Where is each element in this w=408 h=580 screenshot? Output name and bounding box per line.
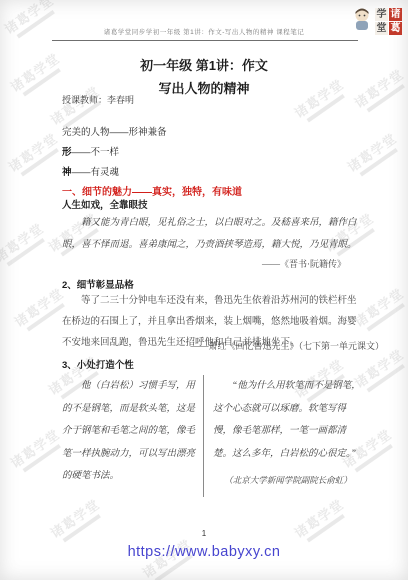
column-left: 他（白岩松）习惯手写，用的不是钢笔，而是软头笔，这是介于钢笔和毛笔之间的笔，像毛… (62, 375, 203, 497)
watermark: 诸葛学堂 (46, 494, 106, 546)
column-right-source: （北京大学新闻学院副院长俞虹） (213, 469, 363, 492)
quote-ruanji-source: ——《晋书·阮籍传》 (62, 257, 346, 270)
watermark: 诸葛学堂 (6, 424, 66, 476)
document-page: 诸葛学堂 诸葛学堂 诸葛学堂 诸葛学堂 诸葛学堂 诸葛学堂 诸葛学堂 诸葛学堂 … (0, 0, 408, 580)
two-column-block: 他（白岩松）习惯手写，用的不是钢笔，而是软头笔，这是介于钢笔和毛笔之间的笔，像毛… (62, 375, 363, 497)
intro-block: 完美的人物——形神兼备 形——不一样 神——有灵魂 (62, 123, 167, 183)
intro-line-3: 神——有灵魂 (62, 163, 167, 183)
column-right: “他为什么用软笔而不是钢笔，这个心态就可以琢磨。软笔写得慢，像毛笔那样，一笔一画… (203, 375, 363, 497)
watermark: 诸葛学堂 (343, 128, 403, 180)
brand-wordmark: 学 诸 堂 葛 (375, 8, 402, 35)
footer-link[interactable]: https://www.babyxy.cn (0, 544, 408, 560)
subheading-3: 3、小处打造个性 (62, 357, 134, 371)
doc-title-line1: 初一年级 第1讲：作文 (0, 55, 408, 74)
brand-logo: 学 诸 堂 葛 (351, 6, 402, 37)
mascot-icon (351, 6, 373, 37)
page-number: 1 (0, 529, 408, 538)
intro-line-1: 完美的人物——形神兼备 (62, 123, 167, 143)
watermark: 诸葛学堂 (10, 283, 70, 335)
watermark: 诸葛学堂 (290, 494, 350, 546)
teacher-line: 授课教师：李春明 (62, 93, 134, 106)
subheading-1: 人生如戏，全靠眼技 (62, 197, 148, 211)
header-divider (52, 40, 358, 41)
quote-ruanji: 籍又能为青白眼，见礼俗之士，以白眼对之。及嵇喜来吊，籍作白眼，喜不怿而退。喜弟康… (62, 212, 363, 256)
quote-luxun-source: ——萧红《回忆鲁迅先生》（七下第一单元课文） (62, 339, 384, 352)
watermark: 诸葛学堂 (0, 218, 50, 270)
column-right-quote: “他为什么用软笔而不是钢笔，这个心态就可以琢磨。软笔写得慢，像毛笔那样，一笔一画… (213, 375, 363, 465)
section-heading: 一、细节的魅力——真实，独特，有味道 (62, 183, 242, 198)
subheading-2: 2、细节彰显品格 (62, 277, 134, 291)
intro-line-2: 形——不一样 (62, 143, 167, 163)
watermark: 诸葛学堂 (4, 128, 64, 180)
running-header: 诸葛学堂同步学初一年级 第1讲：作文-写出人物的精神 课程笔记 (0, 27, 408, 36)
